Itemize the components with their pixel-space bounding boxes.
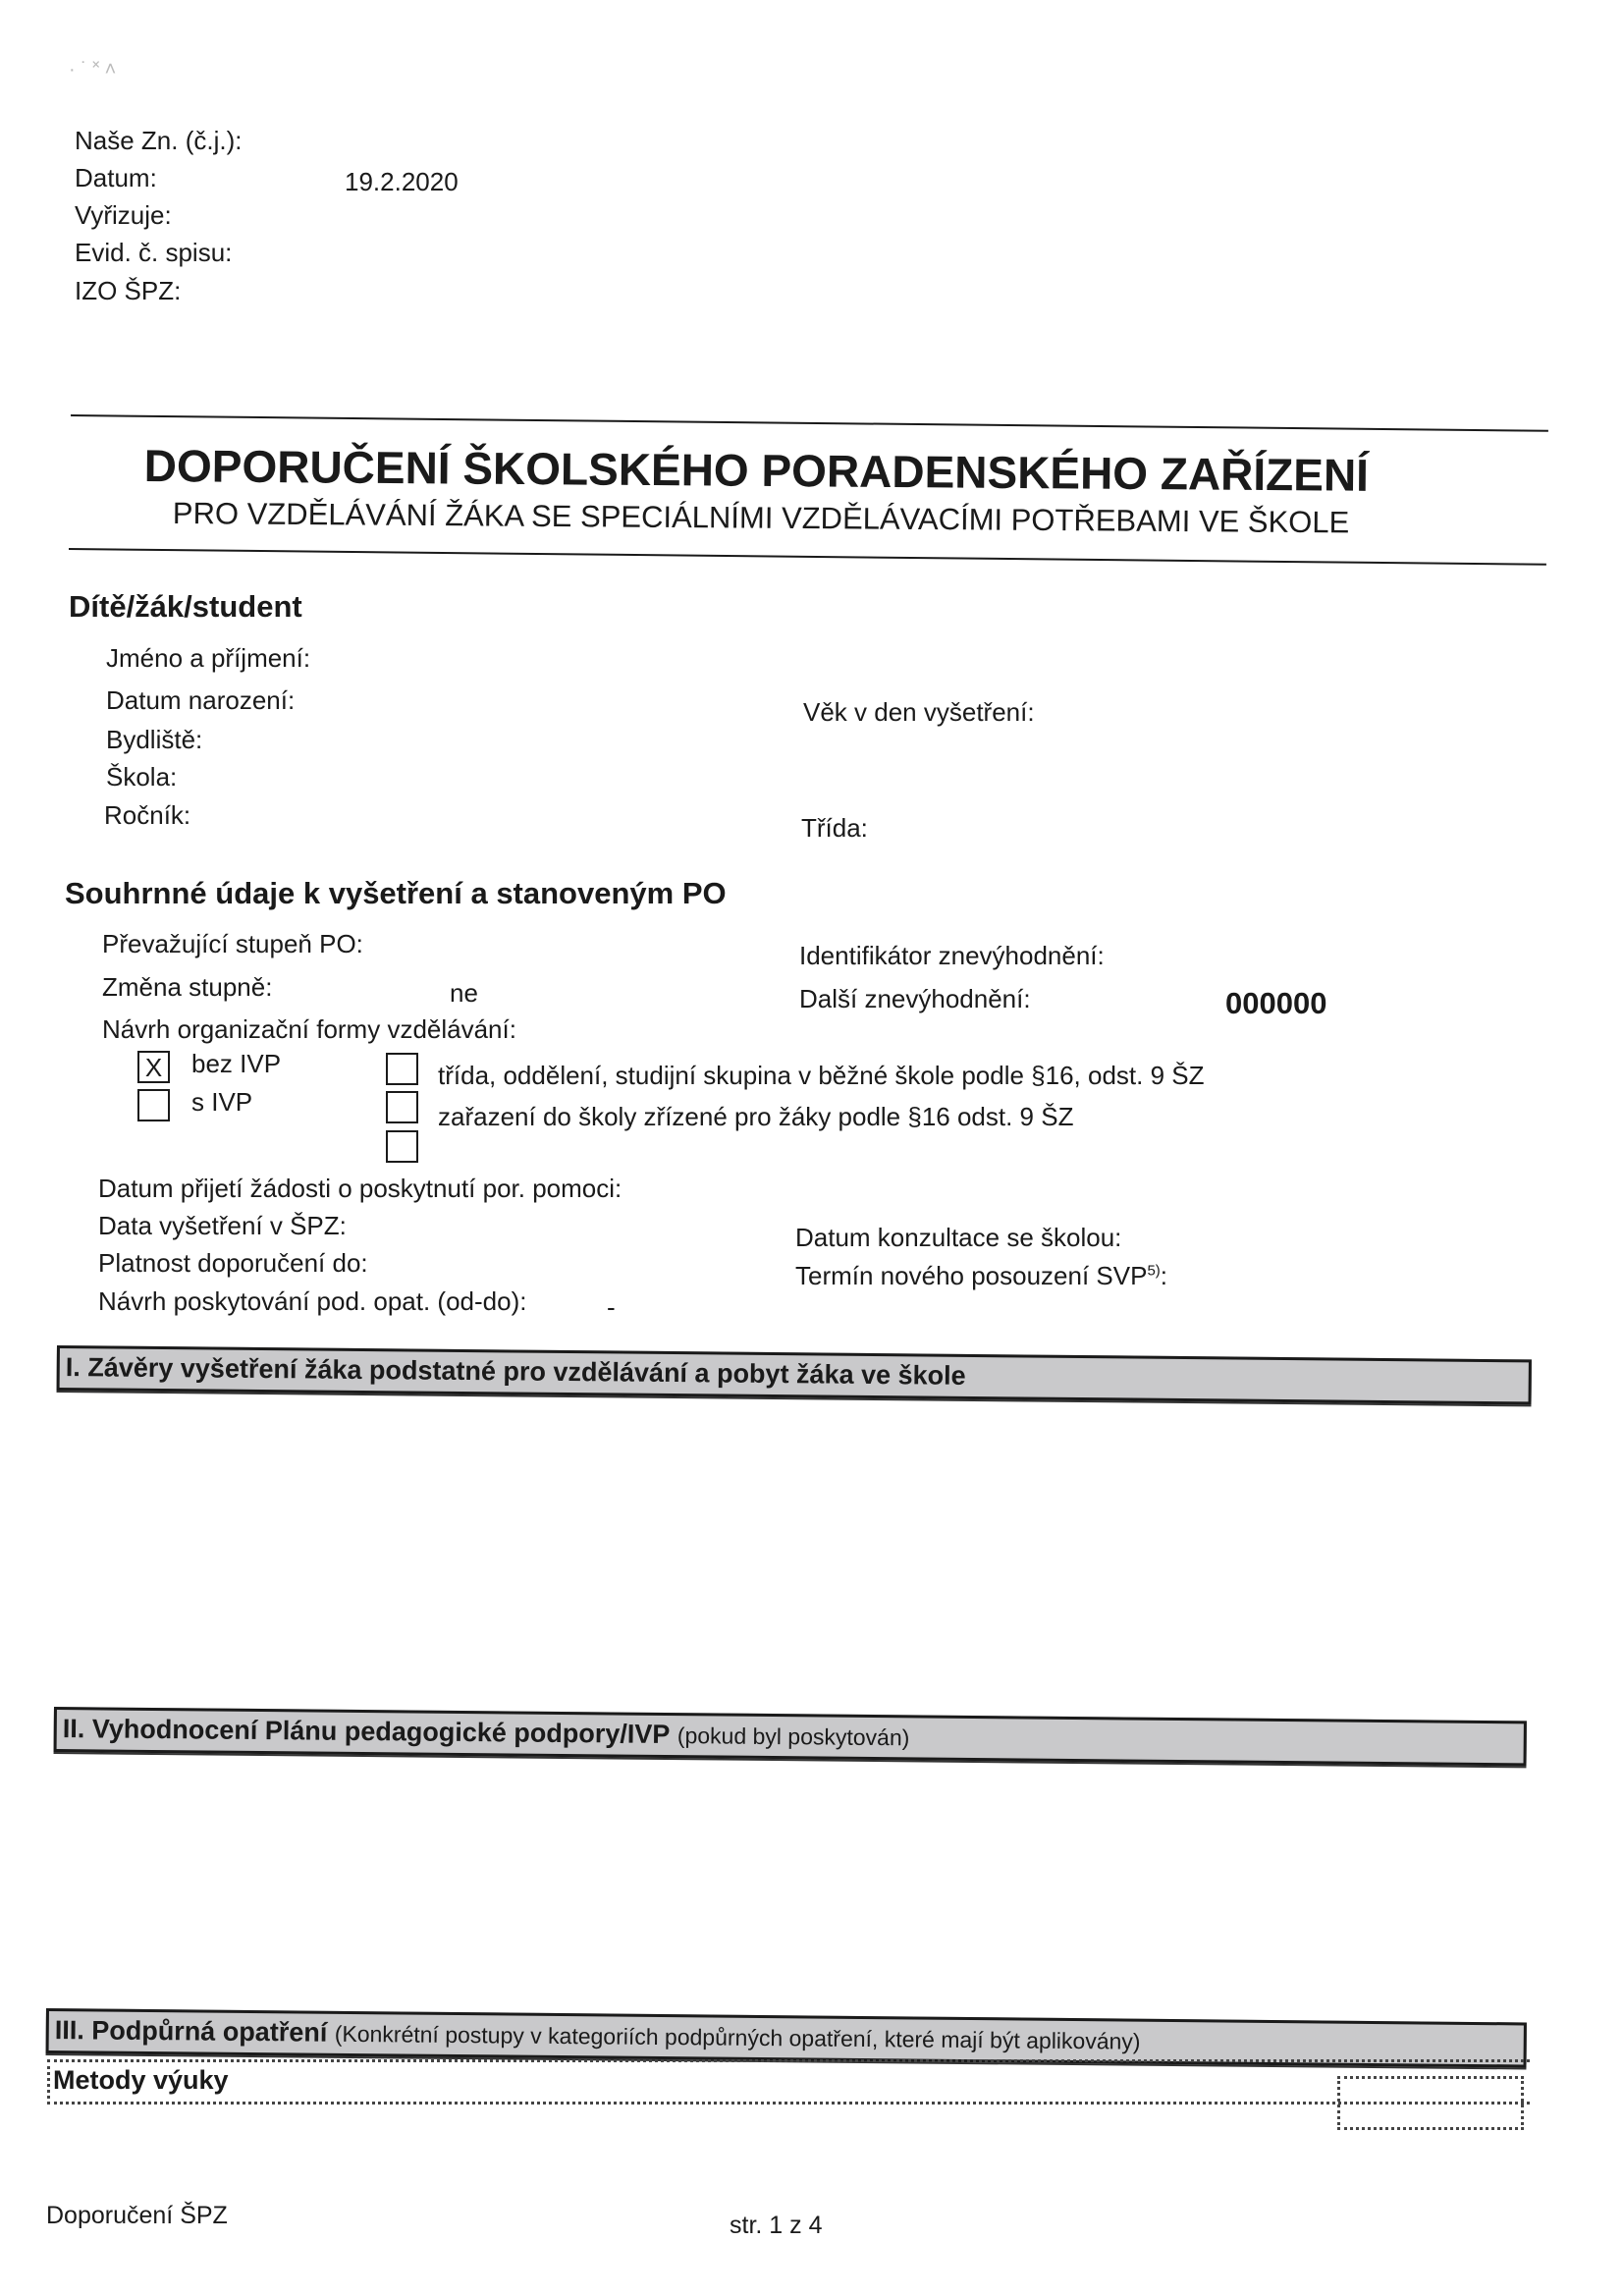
- provision-label: Návrh poskytování pod. opat. (od-do):: [98, 1286, 526, 1317]
- summary-heading: Souhrnné údaje k vyšetření a stanoveným …: [65, 876, 727, 911]
- izo-label: IZO ŠPZ:: [75, 276, 181, 306]
- level-change-value: ne: [450, 978, 478, 1009]
- document-subtitle: PRO VZDĚLÁVÁNÍ ŽÁKA SE SPECIÁLNÍMI VZDĚL…: [173, 496, 1350, 540]
- footer-page-number: str. 1 z 4: [730, 2212, 822, 2240]
- grade-label: Ročník:: [104, 800, 190, 831]
- section-ii-title-main: II. Vyhodnocení Plánu pedagogické podpor…: [63, 1714, 671, 1749]
- checkbox-special-school[interactable]: [386, 1091, 418, 1123]
- request-date-label: Datum přijetí žádosti o poskytnutí por. …: [98, 1174, 622, 1204]
- checkbox-bez-ivp-label: bez IVP: [191, 1049, 281, 1079]
- other-disadvantage-value: 000000: [1225, 986, 1326, 1021]
- footer-doc-name: Doporučení ŠPZ: [46, 2202, 228, 2230]
- consult-date-label: Datum konzultace se školou:: [795, 1223, 1121, 1253]
- ref-number-label: Naše Zn. (č.j.):: [75, 126, 242, 156]
- section-iii-title-main: III. Podpůrná opatření: [55, 2015, 328, 2048]
- methods-right-cell: [1337, 2076, 1524, 2130]
- section-i-title-main: I. Závěry vyšetření žáka podstatné pro v…: [66, 1352, 966, 1391]
- birth-date-label: Datum narození:: [106, 685, 295, 716]
- validity-label: Platnost doporučení do:: [98, 1248, 368, 1279]
- checkbox-regular-school-class[interactable]: [386, 1053, 418, 1085]
- date-value: 19.2.2020: [345, 167, 459, 197]
- section-ii-title-note: (pokud byl poskytován): [677, 1722, 910, 1750]
- checkbox-s-ivp-label: s IVP: [191, 1087, 252, 1118]
- header-bottom-rule: [69, 548, 1546, 566]
- name-label: Jméno a příjmení:: [106, 643, 310, 674]
- date-label: Datum:: [75, 163, 157, 193]
- school-label: Škola:: [106, 762, 177, 793]
- reassess-label: Termín nového posouzení SVP5):: [795, 1261, 1167, 1291]
- checkbox-special-school-label: zařazení do školy zřízené pro žáky podle…: [438, 1102, 1073, 1132]
- checkbox-s-ivp[interactable]: [137, 1089, 170, 1121]
- reassess-label-text: Termín nového posouzení SVP: [795, 1261, 1147, 1290]
- exam-dates-label: Data vyšetření v ŠPZ:: [98, 1211, 347, 1241]
- section-iii-title-note: (Konkrétní postupy v kategoriích podpůrn…: [335, 2021, 1141, 2054]
- methods-row: [47, 2059, 1530, 2105]
- po-level-label: Převažující stupeň PO:: [102, 929, 363, 959]
- org-form-label: Návrh organizační formy vzdělávání:: [102, 1014, 516, 1045]
- section-i-bar: I. Závěry vyšetření žáka podstatné pro v…: [57, 1345, 1532, 1404]
- class-label: Třída:: [801, 813, 868, 844]
- section-i-title: I. Závěry vyšetření žáka podstatné pro v…: [66, 1352, 966, 1392]
- section-ii-bar: II. Vyhodnocení Plánu pedagogické podpor…: [54, 1707, 1527, 1766]
- reassess-footnote: 5): [1147, 1262, 1160, 1279]
- checkbox-regular-school-class-label: třída, oddělení, studijní skupina v běžn…: [438, 1061, 1205, 1091]
- disadvantage-id-label: Identifikátor znevýhodnění:: [799, 941, 1105, 971]
- section-iii-title: III. Podpůrná opatření (Konkrétní postup…: [55, 2015, 1141, 2056]
- residence-label: Bydliště:: [106, 725, 202, 755]
- scan-smudge: · ˙ ˟ ˄: [69, 59, 116, 82]
- handled-by-label: Vyřizuje:: [75, 200, 172, 231]
- methods-label: Metody výuky: [53, 2065, 229, 2096]
- checkbox-other[interactable]: [386, 1130, 418, 1163]
- age-label: Věk v den vyšetření:: [803, 697, 1035, 728]
- document-title: DOPORUČENÍ ŠKOLSKÉHO PORADENSKÉHO ZAŘÍZE…: [144, 439, 1370, 502]
- reassess-colon: :: [1161, 1261, 1167, 1290]
- section-ii-title: II. Vyhodnocení Plánu pedagogické podpor…: [63, 1714, 910, 1752]
- header-top-rule: [71, 414, 1548, 432]
- file-number-label: Evid. č. spisu:: [75, 238, 232, 268]
- other-disadvantage-label: Další znevýhodnění:: [799, 984, 1031, 1014]
- checkbox-bez-ivp[interactable]: X: [137, 1051, 170, 1083]
- provision-value: -: [607, 1292, 616, 1323]
- student-heading: Dítě/žák/student: [69, 589, 302, 625]
- level-change-label: Změna stupně:: [102, 972, 272, 1003]
